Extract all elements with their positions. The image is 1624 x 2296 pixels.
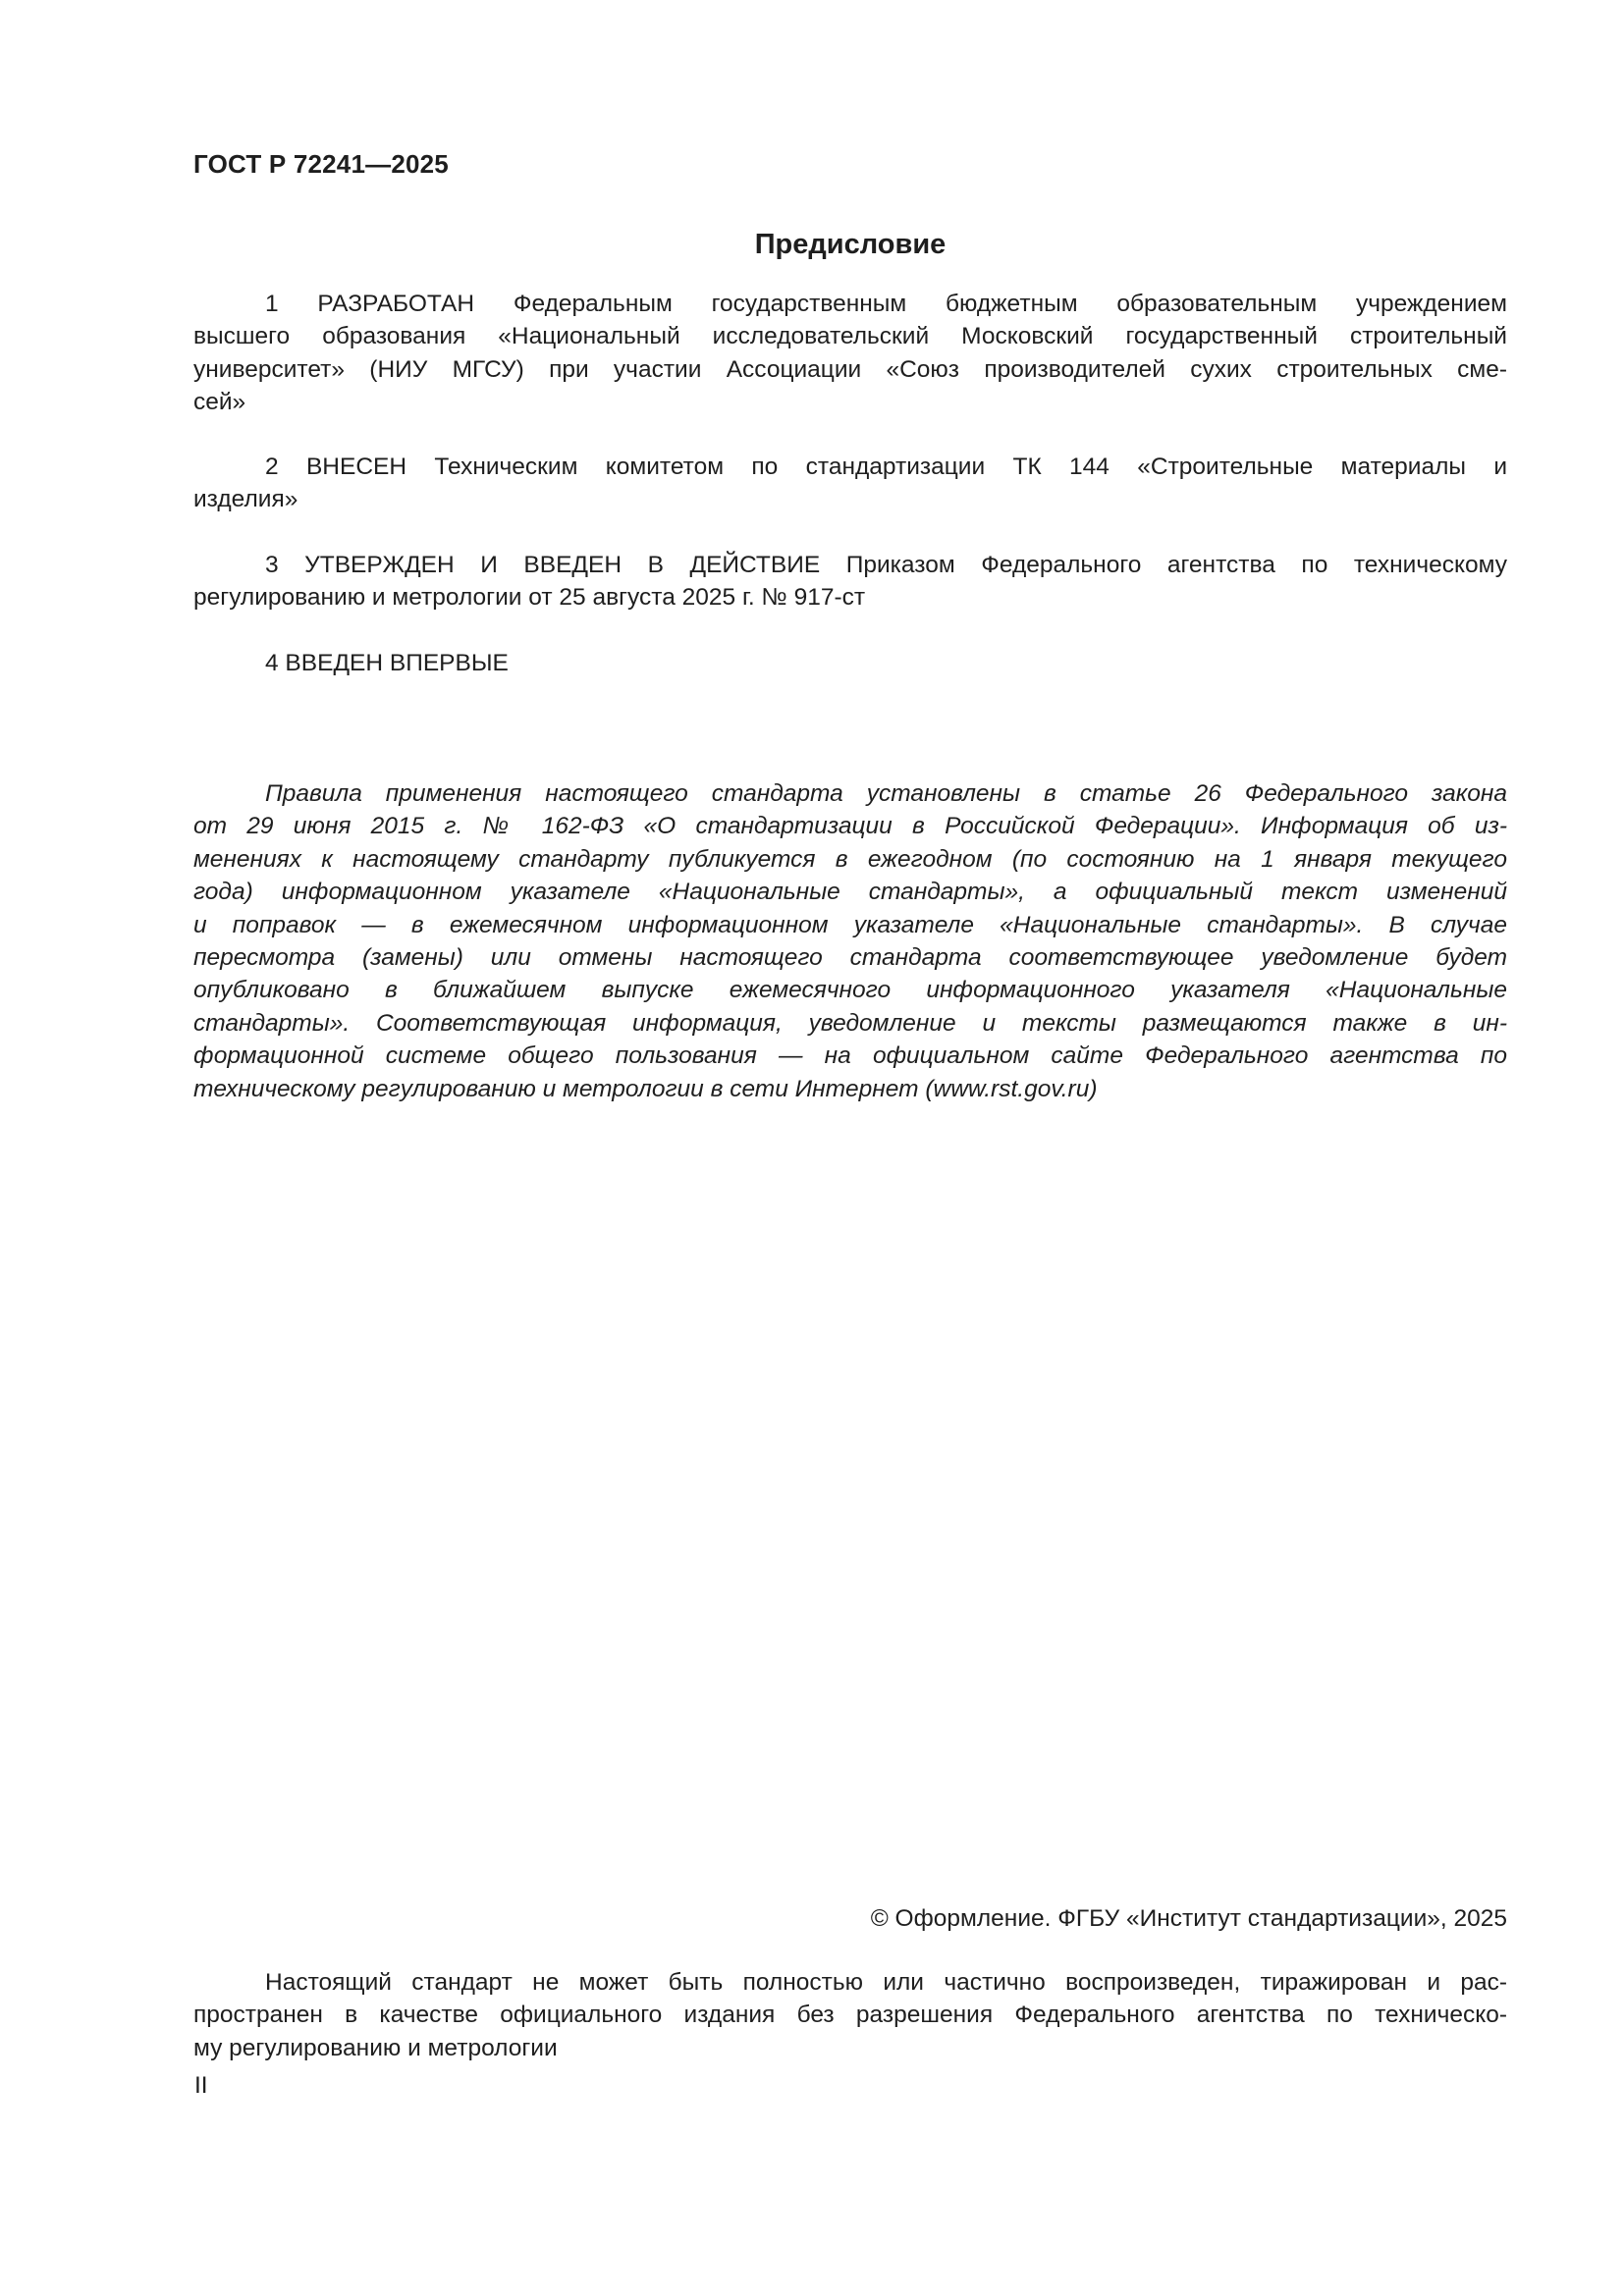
foreword-item-3: 3 УТВЕРЖДЕН И ВВЕДЕН В ДЕЙСТВИЕ Приказом… [193, 549, 1507, 614]
text-line: 4 ВВЕДЕН ВПЕРВЫЕ [193, 647, 1507, 679]
text-line: пространен в качестве официального издан… [193, 1999, 1507, 2031]
text-line: Настоящий стандарт не может быть полност… [193, 1966, 1507, 1999]
text-line: 3 УТВЕРЖДЕН И ВВЕДЕН В ДЕЙСТВИЕ Приказом… [193, 549, 1507, 581]
text-line: опубликовано в ближайшем выпуске ежемеся… [193, 974, 1507, 1006]
text-line: 2 ВНЕСЕН Техническим комитетом по станда… [193, 451, 1507, 483]
text-line: университет» (НИУ МГСУ) при участии Ассо… [193, 353, 1507, 386]
text-line: менениях к настоящему стандарту публикуе… [193, 843, 1507, 876]
text-line: му регулированию и метрологии [193, 2032, 1507, 2064]
foreword-item-1: 1 РАЗРАБОТАН Федеральным государственным… [193, 288, 1507, 419]
text-line: сей» [193, 386, 1507, 418]
page-title: Предисловие [193, 228, 1507, 261]
text-line: техническому регулированию и метрологии … [193, 1073, 1507, 1105]
text-line: Правила применения настоящего стандарта … [193, 777, 1507, 810]
text-line: высшего образования «Национальный исслед… [193, 320, 1507, 352]
document-page: ГОСТ Р 72241—2025 Предисловие 1 РАЗРАБОТ… [0, 0, 1624, 2296]
text-line: 1 РАЗРАБОТАН Федеральным государственным… [193, 288, 1507, 320]
text-line: пересмотра (замены) или отмены настоящег… [193, 941, 1507, 974]
copyright-notice: © Оформление. ФГБУ «Институт стандартиза… [193, 1902, 1507, 1935]
reproduction-notice: Настоящий стандарт не может быть полност… [193, 1966, 1507, 2064]
text-line: регулированию и метрологии от 25 августа… [193, 581, 1507, 614]
copyright-text: © Оформление. ФГБУ «Институт стандартиза… [871, 1905, 1507, 1932]
application-rules-paragraph: Правила применения настоящего стандарта … [193, 777, 1507, 1105]
document-code: ГОСТ Р 72241—2025 [193, 149, 449, 179]
text-line: от 29 июня 2015 г. № 162-ФЗ «О стандарти… [193, 810, 1507, 842]
text-line: формационной системе общего пользования … [193, 1040, 1507, 1072]
text-line: стандарты». Соответствующая информация, … [193, 1007, 1507, 1040]
text-line: и поправок — в ежемесячном информационно… [193, 909, 1507, 941]
text-line: года) информационном указателе «Национал… [193, 876, 1507, 908]
page-number: II [194, 2071, 208, 2101]
text-line: изделия» [193, 483, 1507, 515]
foreword-item-4: 4 ВВЕДЕН ВПЕРВЫЕ [193, 647, 1507, 679]
foreword-item-2: 2 ВНЕСЕН Техническим комитетом по станда… [193, 451, 1507, 516]
